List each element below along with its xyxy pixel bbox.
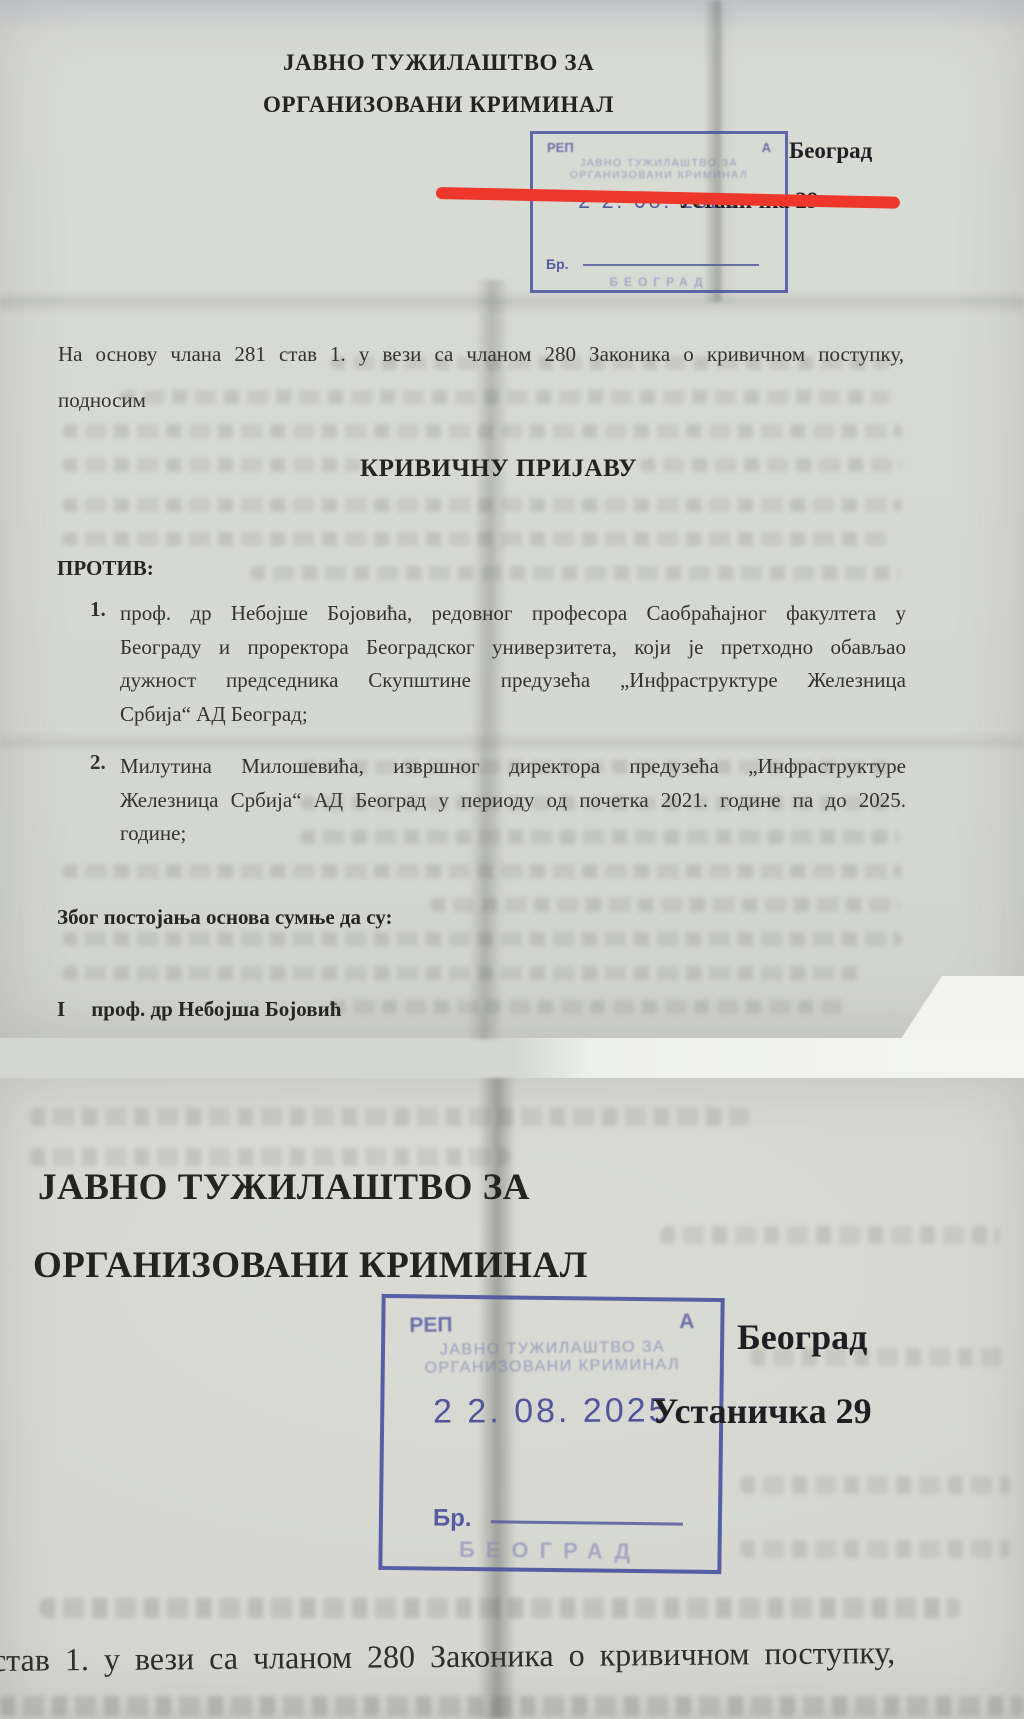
item1-line4: Србија“ АД Београд; <box>120 698 906 732</box>
item1-line3: дужност председника Скупштине предузећа … <box>120 664 906 698</box>
bleed-through-text <box>120 390 890 404</box>
bleed-through-text <box>62 532 892 546</box>
bleed-through-text <box>62 932 902 946</box>
stamp-number-label: Бр. <box>546 256 569 272</box>
bleed-through-text <box>62 864 902 878</box>
stamp-header-left: РЕП <box>547 140 574 155</box>
stamp-number-line <box>491 1520 683 1525</box>
closeup-title-line1: ЈАВНО ТУЖИЛАШТВО ЗА <box>38 1166 530 1209</box>
criminal-complaint-heading: КРИВИЧНУ ПРИЈАВУ <box>360 455 637 483</box>
letterhead-city: Београд <box>789 138 872 164</box>
section-name: проф. др Небојша Бојовић <box>91 997 341 1022</box>
stamp-office-line1: ЈАВНО ТУЖИЛАШТВО ЗА <box>533 157 785 169</box>
item1-line2: Београду и проректора Београдског универ… <box>120 631 906 665</box>
bleed-through-text <box>250 566 900 580</box>
stamp-office-line2: ОРГАНИЗОВАНИ КРИМИНАЛ <box>385 1356 720 1379</box>
stamp-city: БЕОГРАД <box>533 275 785 289</box>
prosecutor-office-title-line1: ЈАВНО ТУЖИЛАШТВО ЗА <box>283 50 594 76</box>
bleed-through-text <box>430 898 900 912</box>
stamp-office-line2: ОРГАНИЗОВАНИ КРИМИНАЛ <box>533 169 785 181</box>
stamp-number-label: Бр. <box>433 1505 472 1533</box>
bleed-through-text <box>740 1540 1010 1558</box>
bleed-through-text <box>30 1148 510 1166</box>
photo-seam <box>0 1038 1024 1078</box>
bleed-through-text <box>30 1108 750 1126</box>
bleed-through-text <box>62 498 902 512</box>
stamp-city: БЕОГРАД <box>382 1536 717 1566</box>
list-number: 2. <box>90 750 106 775</box>
stamp-header-left: РЕП <box>409 1313 452 1338</box>
receipt-stamp-closeup: РЕП А ЈАВНО ТУЖИЛАШТВО ЗА ОРГАНИЗОВАНИ К… <box>378 1294 724 1574</box>
closeup-letterhead-street: Устаничка 29 <box>652 1390 872 1432</box>
stamp-header-right: А <box>679 1310 695 1334</box>
intro-line1: На основу члана 281 став 1. у вези са чл… <box>58 342 904 367</box>
stamp-header-row: РЕП А <box>533 140 785 155</box>
bleed-through-text <box>330 1000 850 1014</box>
item2-line1: Милутина Милошевића, извршног директора … <box>120 750 906 784</box>
closeup-partial-text-line: став 1. у вези са чланом 280 Законика о … <box>0 1634 895 1679</box>
stamp-number-line <box>583 264 759 266</box>
bleed-through-text <box>660 1226 1000 1244</box>
stamp-impression: РЕП А ЈАВНО ТУЖИЛАШТВО ЗА ОРГАНИЗОВАНИ К… <box>382 1298 720 1570</box>
accused-list-item-2: 2. Милутина Милошевића, извршног директо… <box>90 750 908 851</box>
stamp-header-right: А <box>762 140 771 155</box>
suspicion-line: Због постојања основа сумње да су: <box>57 905 393 930</box>
document-photo-screenshot: ЈАВНО ТУЖИЛАШТВО ЗА ОРГАНИЗОВАНИ КРИМИНА… <box>0 0 1024 1719</box>
bleed-through-text <box>740 1476 1010 1494</box>
against-label: ПРОТИВ: <box>57 556 154 581</box>
item2-line3: године; <box>120 817 906 851</box>
item1-line1: проф. др Небојше Бојовића, редовног проф… <box>120 597 906 631</box>
stamp-header-row: РЕП А <box>385 1310 720 1339</box>
closeup-title-line2: ОРГАНИЗОВАНИ КРИМИНАЛ <box>33 1244 588 1287</box>
list-item-text: проф. др Небојше Бојовића, редовног проф… <box>120 597 906 731</box>
bleed-through-text <box>62 424 902 438</box>
item2-line2: Железница Србија“ АД Београд у периоду о… <box>120 784 906 818</box>
intro-line2: подносим <box>58 388 146 413</box>
list-number: 1. <box>90 597 106 622</box>
bleed-through-text <box>640 458 902 472</box>
prosecutor-office-title-line2: ОРГАНИЗОВАНИ КРИМИНАЛ <box>263 92 614 118</box>
section-heading: I проф. др Небојша Бојовић <box>57 997 341 1022</box>
bleed-through-text <box>0 1696 1024 1716</box>
bleed-through-text <box>62 966 862 980</box>
list-item-text: Милутина Милошевића, извршног директора … <box>120 750 906 851</box>
section-numeral: I <box>57 997 65 1022</box>
bleed-through-text <box>62 458 362 472</box>
bleed-through-text <box>40 1598 960 1618</box>
closeup-letterhead-city: Београд <box>737 1316 867 1358</box>
accused-list-item-1: 1. проф. др Небојше Бојовића, редовног п… <box>90 597 908 731</box>
